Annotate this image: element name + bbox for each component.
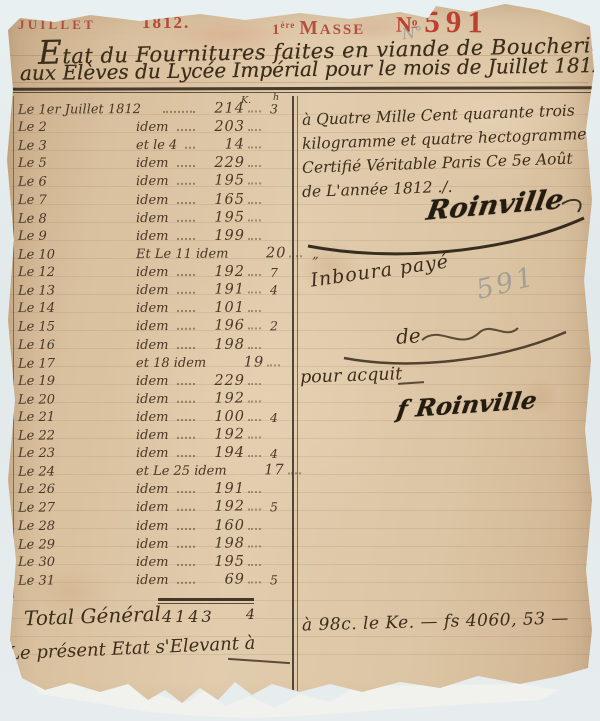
table-row: Le 2idem203	[16, 117, 284, 135]
row-leader	[177, 292, 196, 294]
row-date: Le 13	[16, 283, 122, 299]
row-leader-2	[248, 274, 261, 276]
row-idem-note: idem	[136, 283, 169, 298]
de-flourish	[338, 322, 572, 368]
row-date: Le 10	[16, 247, 122, 263]
row-leader	[177, 528, 196, 530]
row-leader	[177, 545, 196, 547]
row-idem-note: et 18 idem	[136, 355, 206, 370]
row-date: Le 19	[16, 374, 122, 389]
row-kilo-value: 229	[201, 155, 245, 171]
row-leader-2	[248, 455, 261, 457]
row-date: Le 17	[16, 356, 122, 372]
row-leader-2	[248, 183, 261, 185]
row-kilo-value: 100	[201, 409, 245, 425]
row-idem-note: idem	[136, 374, 169, 389]
total-label: Total Général	[24, 602, 162, 631]
row-leader	[177, 419, 196, 421]
row-kilo-value: 195	[201, 209, 245, 225]
row-kilo-value: 69	[201, 571, 245, 587]
row-leader-2	[248, 147, 261, 149]
row-idem-note: idem	[136, 156, 169, 171]
table-row: Le 22idem192	[16, 424, 284, 444]
row-date: Le 20	[16, 392, 122, 408]
certification-line: à Quatre Mille Cent quarante trois	[302, 101, 590, 129]
row-date: Le 9	[16, 229, 122, 244]
row-leader	[163, 111, 195, 113]
row-hecto-value: 3	[264, 101, 284, 116]
row-date: Le 22	[16, 428, 122, 444]
table-row: Le 17et 18 idem19	[16, 352, 284, 372]
table-row: Le 31idem695	[16, 569, 284, 589]
table-row: Le 29idem198	[16, 533, 284, 553]
row-leader	[177, 129, 196, 131]
row-kilo-value: 192	[201, 390, 245, 406]
row-leader	[177, 509, 196, 511]
title-underline-rule-2	[8, 92, 592, 93]
row-date: Le 31	[16, 573, 122, 589]
table-row: Le 14idem101	[16, 298, 284, 316]
table-row: Le 6idem195	[16, 171, 284, 191]
row-kilo-value: 229	[201, 373, 245, 389]
row-kilo-value: 160	[201, 518, 245, 534]
row-leader	[177, 310, 196, 312]
row-date: Le 28	[16, 519, 122, 534]
photo-backdrop: JUILLET 1812. 1èreMasse No591 N° Etat du…	[0, 0, 600, 721]
row-date: Le 8	[16, 211, 122, 227]
row-kilo-value: 17	[241, 463, 285, 479]
row-leader	[177, 437, 196, 439]
table-row: Le 10Et Le 11 idem20„	[16, 243, 284, 263]
row-leader	[177, 491, 196, 493]
row-date: Le 14	[16, 301, 122, 316]
row-leader-2	[248, 238, 261, 240]
row-idem-note: idem	[136, 319, 169, 334]
table-row: Le 3et le 414	[16, 135, 284, 155]
row-leader-2	[248, 491, 261, 493]
row-idem-note: idem	[136, 500, 169, 515]
row-hecto-value: 7	[264, 265, 284, 280]
row-leader-2	[248, 400, 261, 402]
row-date: Le 1er Juillet 1812	[16, 102, 141, 118]
row-date: Le 7	[16, 193, 122, 208]
row-leader-2	[248, 509, 261, 511]
row-date: Le 27	[16, 501, 122, 517]
table-row: Le 19idem229	[16, 371, 284, 389]
present-flourish-line	[228, 658, 290, 664]
table-row: Le 23idem1944	[16, 443, 284, 461]
row-idem-note: idem	[136, 265, 169, 280]
row-leader	[177, 238, 196, 240]
row-leader	[177, 564, 196, 566]
row-kilo-value: 191	[201, 481, 245, 497]
row-kilo-value: 165	[201, 192, 245, 208]
table-row: Le 30idem195	[16, 552, 284, 570]
row-idem-note: idem	[136, 519, 169, 534]
row-idem-note: idem	[136, 573, 169, 588]
row-kilo-value: 191	[201, 282, 245, 298]
row-leader-2	[248, 328, 261, 330]
row-leader-2	[248, 202, 261, 204]
column-divider-rule-2	[297, 96, 298, 692]
row-leader-2	[248, 419, 261, 421]
row-hecto-value: 2	[264, 319, 284, 334]
row-kilo-value: 203	[201, 119, 245, 135]
title-underline-rule	[8, 86, 592, 90]
row-idem-note: et Le 25 idem	[136, 464, 227, 479]
table-row: Le 12idem1927	[16, 262, 284, 280]
table-row: Le 20idem192	[16, 388, 284, 408]
acquit-note: pour acquit	[300, 364, 403, 388]
table-row: Le 21idem1004	[16, 407, 284, 425]
signature-flourish	[300, 196, 592, 258]
row-idem-note: Et Le 11 idem	[136, 247, 229, 262]
row-leader	[177, 383, 196, 385]
certification-line: Certifié Véritable Paris Ce 5e Août	[302, 149, 590, 177]
row-idem-note: idem	[136, 174, 169, 189]
row-kilo-value: 214	[201, 101, 245, 117]
row-kilo-value: 195	[201, 554, 245, 570]
row-leader-2	[248, 545, 261, 547]
row-hecto-value: 5	[264, 572, 284, 587]
table-row: Le 7idem165	[16, 190, 284, 208]
row-date: Le 23	[16, 446, 122, 461]
row-kilo-value: 14	[201, 137, 245, 153]
row-date: Le 24	[16, 464, 122, 480]
row-idem-note: idem	[136, 211, 169, 226]
row-leader-2	[288, 473, 301, 475]
row-leader-2	[248, 383, 261, 385]
row-hecto-value: 4	[264, 446, 284, 461]
row-hecto-value: 4	[264, 410, 284, 425]
row-date: Le 2	[16, 120, 122, 135]
row-leader-2	[248, 111, 261, 113]
row-date: Le 5	[16, 156, 122, 171]
table-row: Le 27idem1925	[16, 497, 284, 517]
row-kilo-value: 199	[201, 228, 245, 244]
total-hecto-value: 4	[246, 607, 255, 623]
row-leader	[177, 274, 196, 276]
row-date: Le 15	[16, 320, 122, 336]
table-row: Le 8idem195	[16, 207, 284, 227]
row-date: Le 16	[16, 338, 122, 353]
row-leader-2	[248, 581, 261, 583]
row-kilo-value: 196	[201, 318, 245, 334]
row-idem-note: idem	[136, 428, 169, 443]
row-leader-2	[248, 292, 261, 294]
row-leader-2	[267, 364, 280, 366]
ledger-rows: Le 1er Juillet 18122143Le 2idem203Le 3et…	[16, 99, 284, 588]
row-leader-2	[248, 436, 261, 438]
stamp-month: JUILLET	[18, 17, 96, 33]
row-hecto-value: 5	[264, 500, 284, 515]
row-date: Le 12	[16, 265, 122, 280]
row-date: Le 26	[16, 482, 122, 497]
row-leader	[177, 347, 196, 349]
row-idem-note: idem	[136, 537, 169, 552]
row-leader-2	[248, 310, 261, 312]
table-left-rule	[13, 96, 14, 598]
row-leader	[185, 147, 195, 149]
row-idem-note: idem	[136, 410, 169, 425]
row-date: Le 6	[16, 175, 122, 191]
row-idem-note: idem	[136, 120, 169, 135]
row-leader-2	[248, 528, 261, 530]
row-leader	[177, 220, 196, 222]
row-leader	[177, 183, 196, 185]
row-kilo-value: 101	[201, 300, 245, 316]
row-idem-note: idem	[136, 446, 169, 461]
document-paper: JUILLET 1812. 1èreMasse No591 N° Etat du…	[0, 0, 600, 721]
row-kilo-value: 20	[242, 245, 286, 261]
row-idem-note: idem	[136, 555, 169, 570]
table-row: Le 16idem198	[16, 334, 284, 352]
row-leader	[177, 165, 196, 167]
table-row: Le 5idem229	[16, 153, 284, 171]
row-leader-2	[248, 564, 261, 566]
row-leader-2	[248, 219, 261, 221]
row-kilo-value: 198	[201, 337, 245, 353]
row-kilo-value: 192	[201, 499, 245, 515]
table-row: Le 1er Juillet 18122143	[16, 98, 284, 118]
row-kilo-value: 195	[201, 173, 245, 189]
row-idem-note: idem	[136, 338, 169, 353]
certification-line: kilogramme et quatre hectogramme	[302, 125, 590, 153]
table-row: Le 13idem1914	[16, 279, 284, 299]
row-date: Le 3	[16, 138, 122, 154]
row-kilo-value: 198	[201, 535, 245, 551]
table-row: Le 15idem1962	[16, 316, 284, 336]
row-idem-note: idem	[136, 392, 169, 407]
row-leader	[177, 202, 196, 204]
row-kilo-value: 192	[201, 427, 245, 443]
table-row: Le 28idem160	[16, 516, 284, 534]
total-top-rule-2	[158, 603, 254, 604]
table-row: Le 26idem191	[16, 479, 284, 497]
row-kilo-value: 19	[220, 354, 264, 370]
table-row: Le 24et Le 25 idem17	[16, 460, 284, 480]
column-divider-rule	[292, 96, 294, 692]
row-leader	[177, 582, 196, 584]
row-idem-note: idem	[136, 482, 169, 497]
row-leader-2	[248, 165, 261, 167]
row-idem-note: et le 4	[136, 138, 177, 153]
row-idem-note: idem	[136, 193, 169, 208]
row-idem-note: idem	[136, 229, 169, 244]
row-leader	[177, 328, 196, 330]
row-leader-2	[248, 129, 261, 131]
row-kilo-value: 192	[201, 264, 245, 280]
row-idem-note: idem	[136, 301, 169, 316]
total-top-rule	[158, 598, 254, 601]
row-date: Le 30	[16, 555, 122, 570]
row-leader	[177, 455, 196, 457]
row-leader-2	[248, 347, 261, 349]
row-date: Le 29	[16, 537, 122, 553]
row-hecto-value: 4	[264, 283, 284, 298]
table-row: Le 9idem199	[16, 226, 284, 244]
row-date: Le 21	[16, 410, 122, 425]
row-kilo-value: 194	[201, 445, 245, 461]
total-kilo-value: 4143	[162, 607, 215, 626]
row-leader	[177, 401, 196, 403]
